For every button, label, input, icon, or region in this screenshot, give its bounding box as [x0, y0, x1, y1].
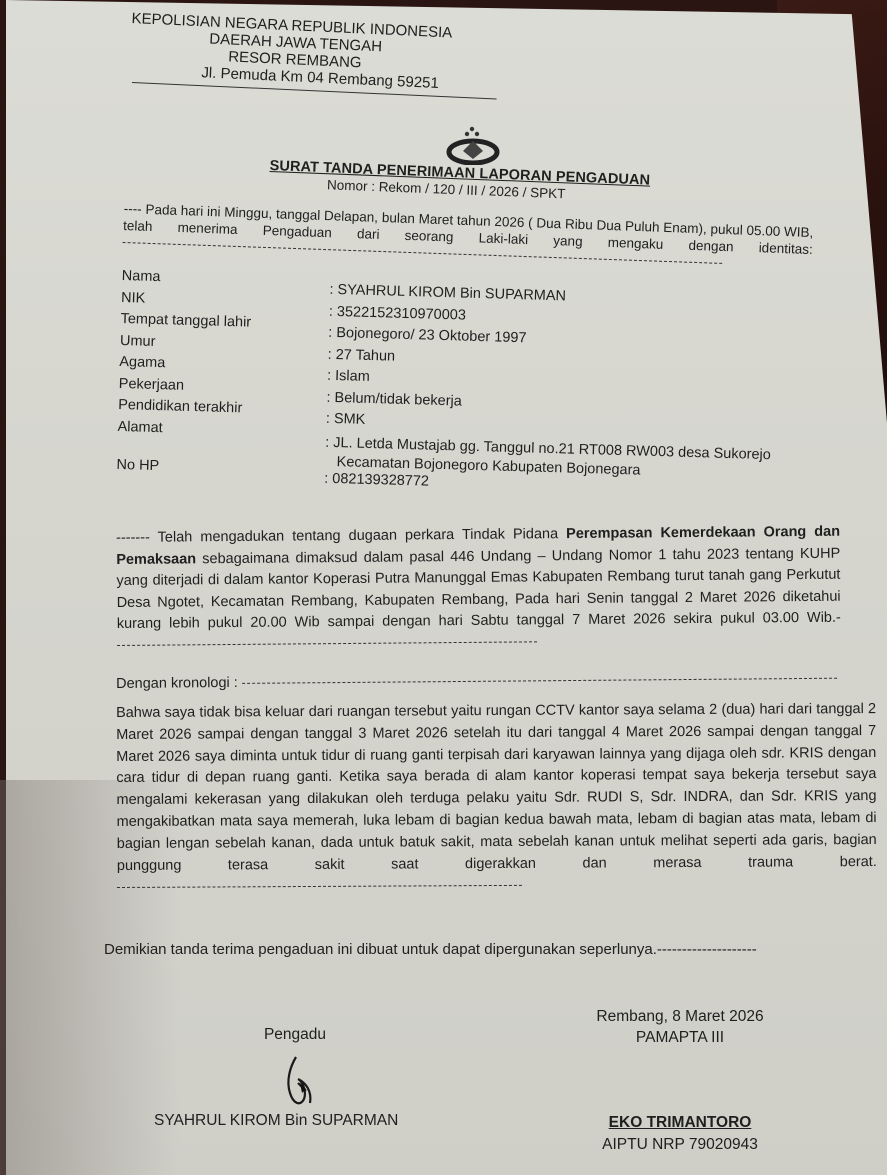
intro-paragraph: ---- Pada hari ini Minggu, tanggal Delap… — [122, 201, 813, 275]
title-block: SURAT TANDA PENERIMAAN LAPORAN PENGADUAN… — [269, 158, 651, 205]
identity-value: : Islam — [327, 368, 370, 385]
identity-row-education: Pendidikan terakhir : SMK — [118, 397, 119, 418]
officer-name: EKO TRIMANTORO — [560, 1112, 800, 1134]
identity-row-phone: No HP : 082139328772 — [116, 456, 117, 477]
identity-value: : Bojonegoro/ 23 Oktober 1997 — [328, 325, 527, 347]
complaint-paragraph: ------- Telah mengadukan tentang dugaan … — [116, 522, 841, 657]
identity-row-birth: Tempat tanggal lahir : Bojonegoro/ 23 Ok… — [120, 311, 121, 332]
identity-value: : 3522152310970003 — [329, 303, 466, 323]
identity-row-age: Umur : 27 Tahun — [120, 332, 121, 353]
identity-table: Nama : SYAHRUL KIROM Bin SUPARMAN NIK : … — [116, 268, 122, 478]
identity-row-address: Alamat : JL. Letda Mustajab gg. Tanggul … — [117, 418, 118, 456]
complaint-text-cont: sebagaimana dimaksud dalam pasal 446 Und… — [116, 545, 840, 632]
identity-label: Agama — [119, 354, 165, 371]
intro-text: ---- Pada hari ini Minggu, tanggal Delap… — [123, 201, 814, 257]
officer-signature-block: Rembang, 8 Maret 2026 PAMAPTA III — [560, 1006, 800, 1048]
identity-value: : Belum/tidak bekerja — [326, 389, 462, 409]
identity-label: Nama — [122, 268, 161, 285]
officer-name-block: EKO TRIMANTORO AIPTU NRP 79020943 — [560, 1112, 800, 1156]
letterhead: KEPOLISIAN NEGARA REPUBLIK INDONESIA DAE… — [129, 10, 488, 94]
complaint-text: ------- Telah mengadukan tentang dugaan … — [116, 526, 566, 546]
closing-statement: Demikian tanda terima pengaduan ini dibu… — [104, 941, 757, 958]
identity-row-occupation: Pekerjaan : Belum/tidak bekerja — [118, 375, 119, 396]
police-emblem-icon — [445, 125, 501, 165]
identity-label: Pekerjaan — [119, 375, 185, 393]
place-date: Rembang, 8 Maret 2026 — [560, 1006, 800, 1027]
identity-row-nama: Nama : SYAHRUL KIROM Bin SUPARMAN — [121, 268, 122, 289]
identity-row-religion: Agama : Islam — [119, 354, 120, 375]
identity-label: Tempat tanggal lahir — [120, 311, 251, 331]
identity-label: Pendidikan terakhir — [118, 397, 243, 416]
chronology-label: Dengan kronologi : — [116, 675, 238, 692]
identity-value: : SMK — [326, 411, 366, 428]
fill-line — [242, 677, 837, 683]
fill-line — [117, 885, 522, 888]
identity-label: Umur — [120, 332, 156, 349]
complainant-signature-block: Pengadu — [150, 1026, 440, 1044]
identity-value: : 082139328772 — [324, 470, 429, 489]
chronology-heading: Dengan kronologi : — [116, 668, 840, 696]
complaint-receipt-document: KEPOLISIAN NEGARA REPUBLIK INDONESIA DAE… — [0, 0, 887, 1175]
identity-value: : 27 Tahun — [327, 346, 395, 364]
chronology-text: Bahwa saya tidak bisa keluar dari ruanga… — [116, 701, 877, 874]
officer-role: PAMAPTA III — [560, 1027, 800, 1048]
identity-label: NIK — [121, 289, 146, 306]
signature-scribble-icon — [276, 1053, 324, 1113]
identity-row-nik: NIK : 3522152310970003 — [121, 289, 122, 310]
identity-label: Alamat — [117, 418, 163, 435]
officer-rank-nrp: AIPTU NRP 79020943 — [560, 1134, 800, 1156]
identity-label: No HP — [116, 456, 159, 473]
chronology-paragraph: Bahwa saya tidak bisa keluar dari ruanga… — [116, 699, 877, 899]
identity-value: : SYAHRUL KIROM Bin SUPARMAN — [329, 282, 566, 305]
complainant-name: SYAHRUL KIROM Bin SUPARMAN — [154, 1112, 398, 1130]
complainant-role: Pengadu — [150, 1026, 440, 1044]
fill-line — [117, 642, 537, 647]
